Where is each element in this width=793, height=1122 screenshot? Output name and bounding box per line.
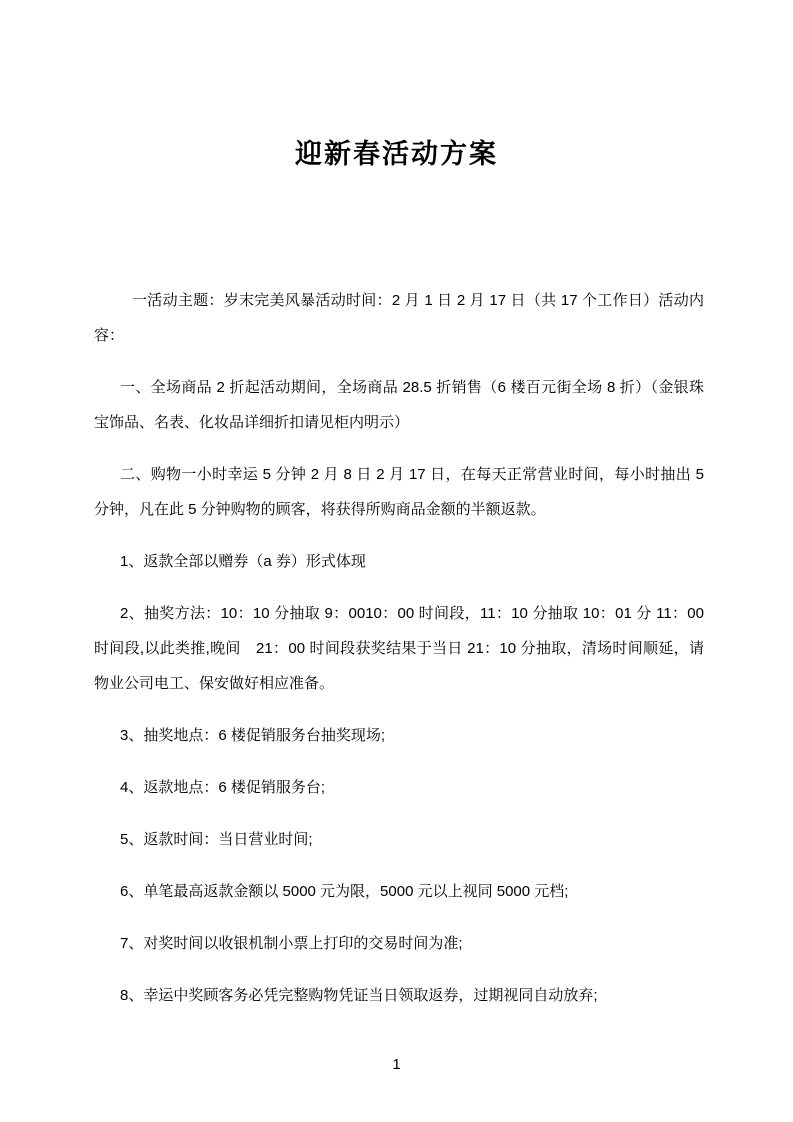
paragraph-activity-theme: 一活动主题：岁末完美风暴活动时间：2 月 1 日 2 月 17 日（共 17 个…: [94, 283, 704, 353]
document-title: 迎新春活动方案: [0, 138, 793, 170]
paragraph-section-1-discount: 一、全场商品 2 折起活动期间，全场商品 28.5 折销售（6 楼百元街全场 8…: [94, 370, 704, 440]
paragraph-section-2-lucky-minutes: 二、购物一小时幸运 5 分钟 2 月 8 日 2 月 17 日，在每天正常营业时…: [94, 457, 704, 527]
page-number: 1: [0, 1055, 793, 1075]
paragraph-item-8-claim-rule: 8、幸运中奖顾客务必凭完整购物凭证当日领取返券，过期视同自动放弃;: [94, 978, 704, 1013]
paragraph-item-4-refund-location: 4、返款地点：6 楼促销服务台;: [94, 770, 704, 805]
paragraph-item-7-receipt-time: 7、对奖时间以收银机制小票上打印的交易时间为准;: [94, 926, 704, 961]
document-page: 迎新春活动方案 一活动主题：岁末完美风暴活动时间：2 月 1 日 2 月 17 …: [0, 0, 793, 1122]
document-body: 一活动主题：岁末完美风暴活动时间：2 月 1 日 2 月 17 日（共 17 个…: [94, 283, 704, 1030]
paragraph-item-6-refund-limit: 6、单笔最高返款金额以 5000 元为限，5000 元以上视同 5000 元档;: [94, 874, 704, 909]
paragraph-item-1-refund-coupon: 1、返款全部以赠券（a 券）形式体现: [94, 544, 704, 579]
paragraph-item-2-draw-method: 2、抽奖方法：10：10 分抽取 9：0010：00 时间段，11：10 分抽取…: [94, 596, 704, 701]
paragraph-item-5-refund-time: 5、返款时间：当日营业时间;: [94, 822, 704, 857]
paragraph-item-3-draw-location: 3、抽奖地点：6 楼促销服务台抽奖现场;: [94, 718, 704, 753]
